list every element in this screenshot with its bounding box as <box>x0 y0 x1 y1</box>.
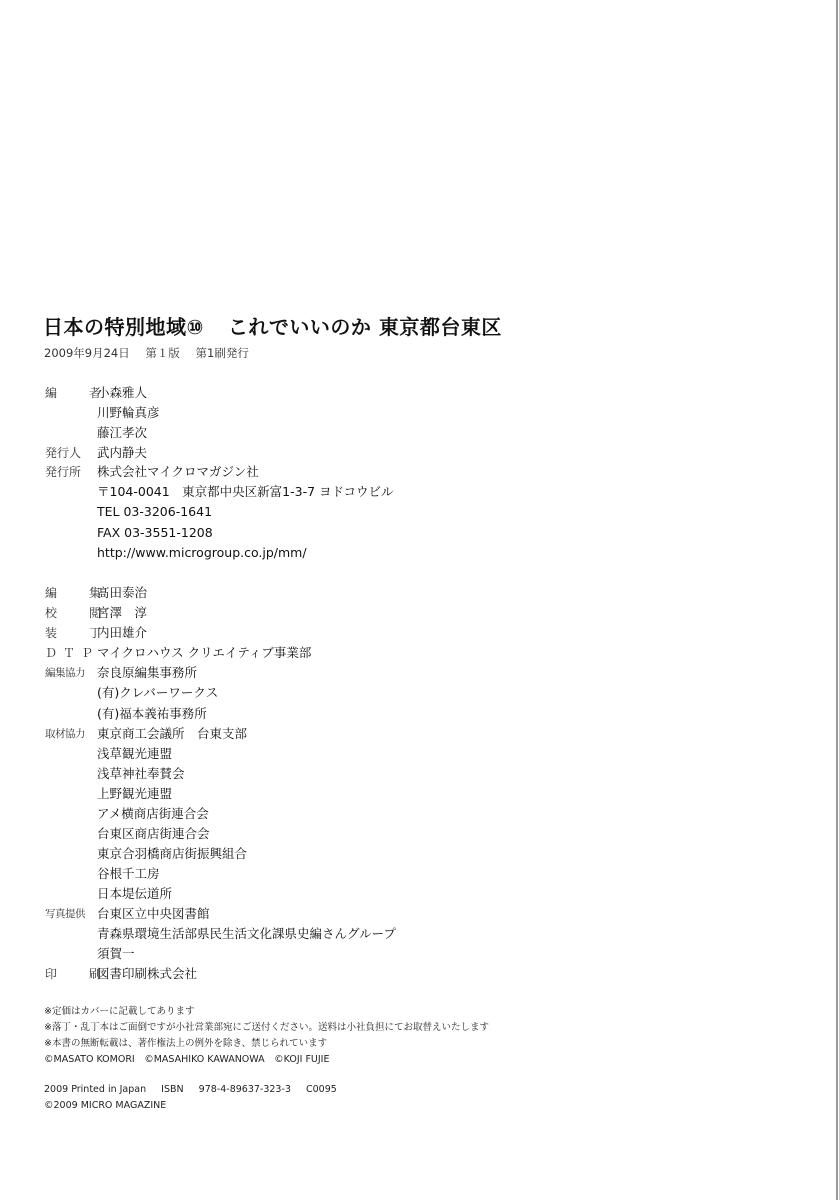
credit-label: 取材協力 <box>45 724 95 744</box>
main-title: これでいいのか 東京都台東区 <box>228 315 502 339</box>
note-defect: ※落丁・乱丁本はご面倒ですが小社営業部宛にご送付ください。送料は小社負担にてお取… <box>44 1020 489 1036</box>
note-author-copyrights: ©MASATO KOMORI ©MASAHIKO KAWANOWA ©KOJI … <box>44 1052 489 1068</box>
credit-value: (有)福本義祐事務所 <box>97 704 207 724</box>
credit-value: 株式会社マイクロマガジン社 <box>97 462 259 482</box>
edition-line: 2009年9月24日 第１版 第1刷発行 <box>44 345 261 361</box>
publisher-copyright: ©2009 MICRO MAGAZINE <box>44 1098 349 1114</box>
credit-value: 藤江孝次 <box>97 423 147 443</box>
notes-block: ※定価はカバーに記載してあります ※落丁・乱丁本はご面倒ですが小社営業部宛にご送… <box>44 1004 489 1068</box>
credit-value: 奈良原編集事務所 <box>97 663 197 683</box>
page-edge <box>836 0 838 1200</box>
note-copyright-law: ※本書の無断転載は、著作権法上の例外を除き、禁じられています <box>44 1036 489 1052</box>
credit-value: FAX 03-3551-1208 <box>97 523 213 543</box>
credit-label: 編 者 <box>45 383 95 403</box>
credit-value: (有)クレバーワークス <box>97 683 218 703</box>
credit-value: マイクロハウス クリエイティブ事業部 <box>97 643 311 663</box>
credit-value: 髙田泰治 <box>97 583 147 603</box>
series-title: 日本の特別地域⑩ <box>43 315 204 339</box>
edition-printing: 第1刷発行 <box>196 346 249 360</box>
credit-value: 須賀一 <box>97 944 135 964</box>
credit-label: 編 集 <box>45 583 95 603</box>
credit-value: 青森県環境生活部県民生活文化課県史編さんグループ <box>97 924 396 944</box>
classification-code: C0095 <box>306 1084 337 1095</box>
credit-label: 印 刷 <box>45 964 95 984</box>
book-title: 日本の特別地域⑩これでいいのか 東京都台東区 <box>43 311 502 340</box>
credit-value: 浅草観光連盟 <box>97 744 172 764</box>
imprint-line: 2009 Printed in Japan ISBN 978-4-89637-3… <box>44 1082 349 1098</box>
credit-value: アメ横商店街連合会 <box>97 804 209 824</box>
credit-value: 図書印刷株式会社 <box>97 964 197 984</box>
isbn-number: 978-4-89637-323-3 <box>199 1084 291 1095</box>
credit-value: 小森雅人 <box>97 383 147 403</box>
credit-label: ＤＴＰ <box>45 643 95 663</box>
credit-value: 日本堤伝道所 <box>97 884 172 904</box>
credit-value: 武内静夫 <box>97 443 147 463</box>
credit-label: 編集協力 <box>45 663 95 683</box>
edition-date: 2009年9月24日 <box>44 346 130 360</box>
credit-value: 浅草神社奉賛会 <box>97 764 185 784</box>
credit-label: 写真提供 <box>45 904 95 924</box>
edition-version: 第１版 <box>145 346 180 360</box>
imprint-block: 2009 Printed in Japan ISBN 978-4-89637-3… <box>44 1082 349 1114</box>
credit-value: 内田雄介 <box>97 623 147 643</box>
credit-value: 台東区立中央図書館 <box>97 904 210 924</box>
credit-value: 谷根千工房 <box>97 864 160 884</box>
isbn-label: ISBN <box>161 1084 183 1095</box>
credit-value: 〒104-0041 東京都中央区新富1-3-7 ヨドコウビル <box>97 482 394 502</box>
credit-value: 宮澤 淳 <box>97 603 147 623</box>
credit-label: 発行人 <box>45 443 95 463</box>
credit-value: 上野観光連盟 <box>97 784 172 804</box>
credit-value: 東京商工会議所 台東支部 <box>97 724 247 744</box>
note-price: ※定価はカバーに記載してあります <box>44 1004 489 1020</box>
credit-value: TEL 03-3206-1641 <box>97 502 212 522</box>
publisher-url-link[interactable]: http://www.microgroup.co.jp/mm/ <box>97 543 307 563</box>
printed-in: 2009 Printed in Japan <box>44 1084 146 1095</box>
credit-label: 発行所 <box>45 462 95 482</box>
credit-label: 校 閲 <box>45 603 95 623</box>
credit-value: 東京合羽橋商店街振興組合 <box>97 844 247 864</box>
credit-value: 台東区商店街連合会 <box>97 824 210 844</box>
credit-label: 装 丁 <box>45 623 95 643</box>
credit-value: 川野輪真彦 <box>97 403 160 423</box>
